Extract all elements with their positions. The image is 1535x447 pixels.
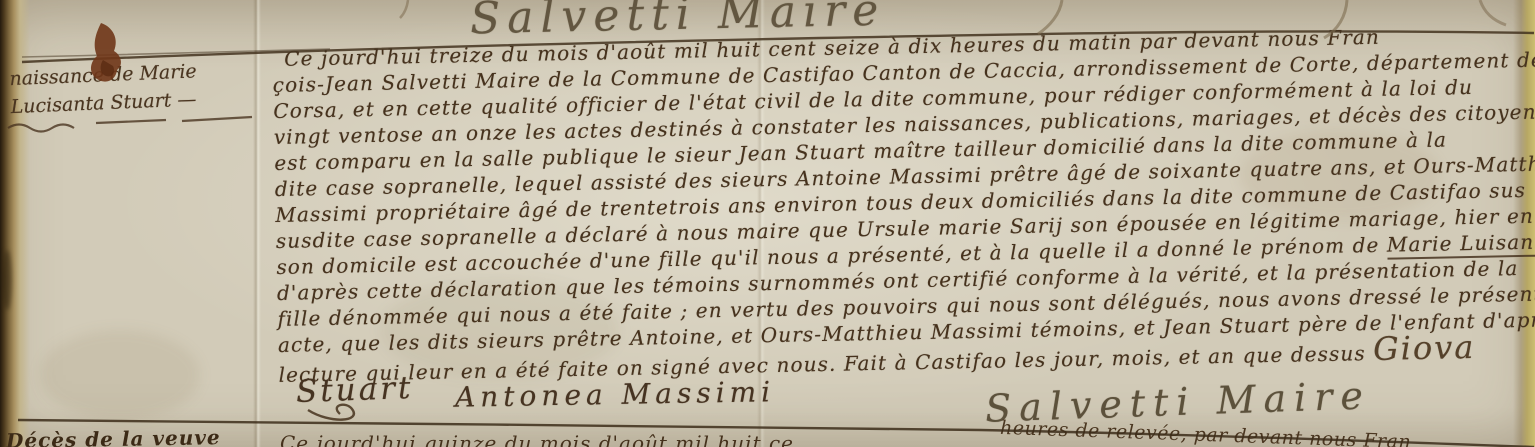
binding-shadow [2,250,12,310]
header-flourish-4 [400,0,408,18]
paper-stain [40,330,200,420]
registry-page-scan: Salvetti Maire naissance de Marie Lucisa… [0,0,1535,447]
margin-note: naissance de Marie Lucisanta Stuart — [9,55,256,121]
signature-antonea-massimi: Antonea Massimi [455,375,776,414]
next-record-fragment-left: Ce jourd'hui quinze du mois d'août mil h… [280,431,794,447]
birth-record-text: Ce jourd'hui treize du mois d'août mil h… [272,21,1535,384]
signature-stuart: Stuart [295,370,414,410]
next-record-margin-note: Décès de la veuve [6,425,221,447]
margin-underline-dash1 [96,120,166,123]
overlapping-signature-start: Giova [1373,328,1476,368]
margin-underline-dash2 [182,117,252,121]
